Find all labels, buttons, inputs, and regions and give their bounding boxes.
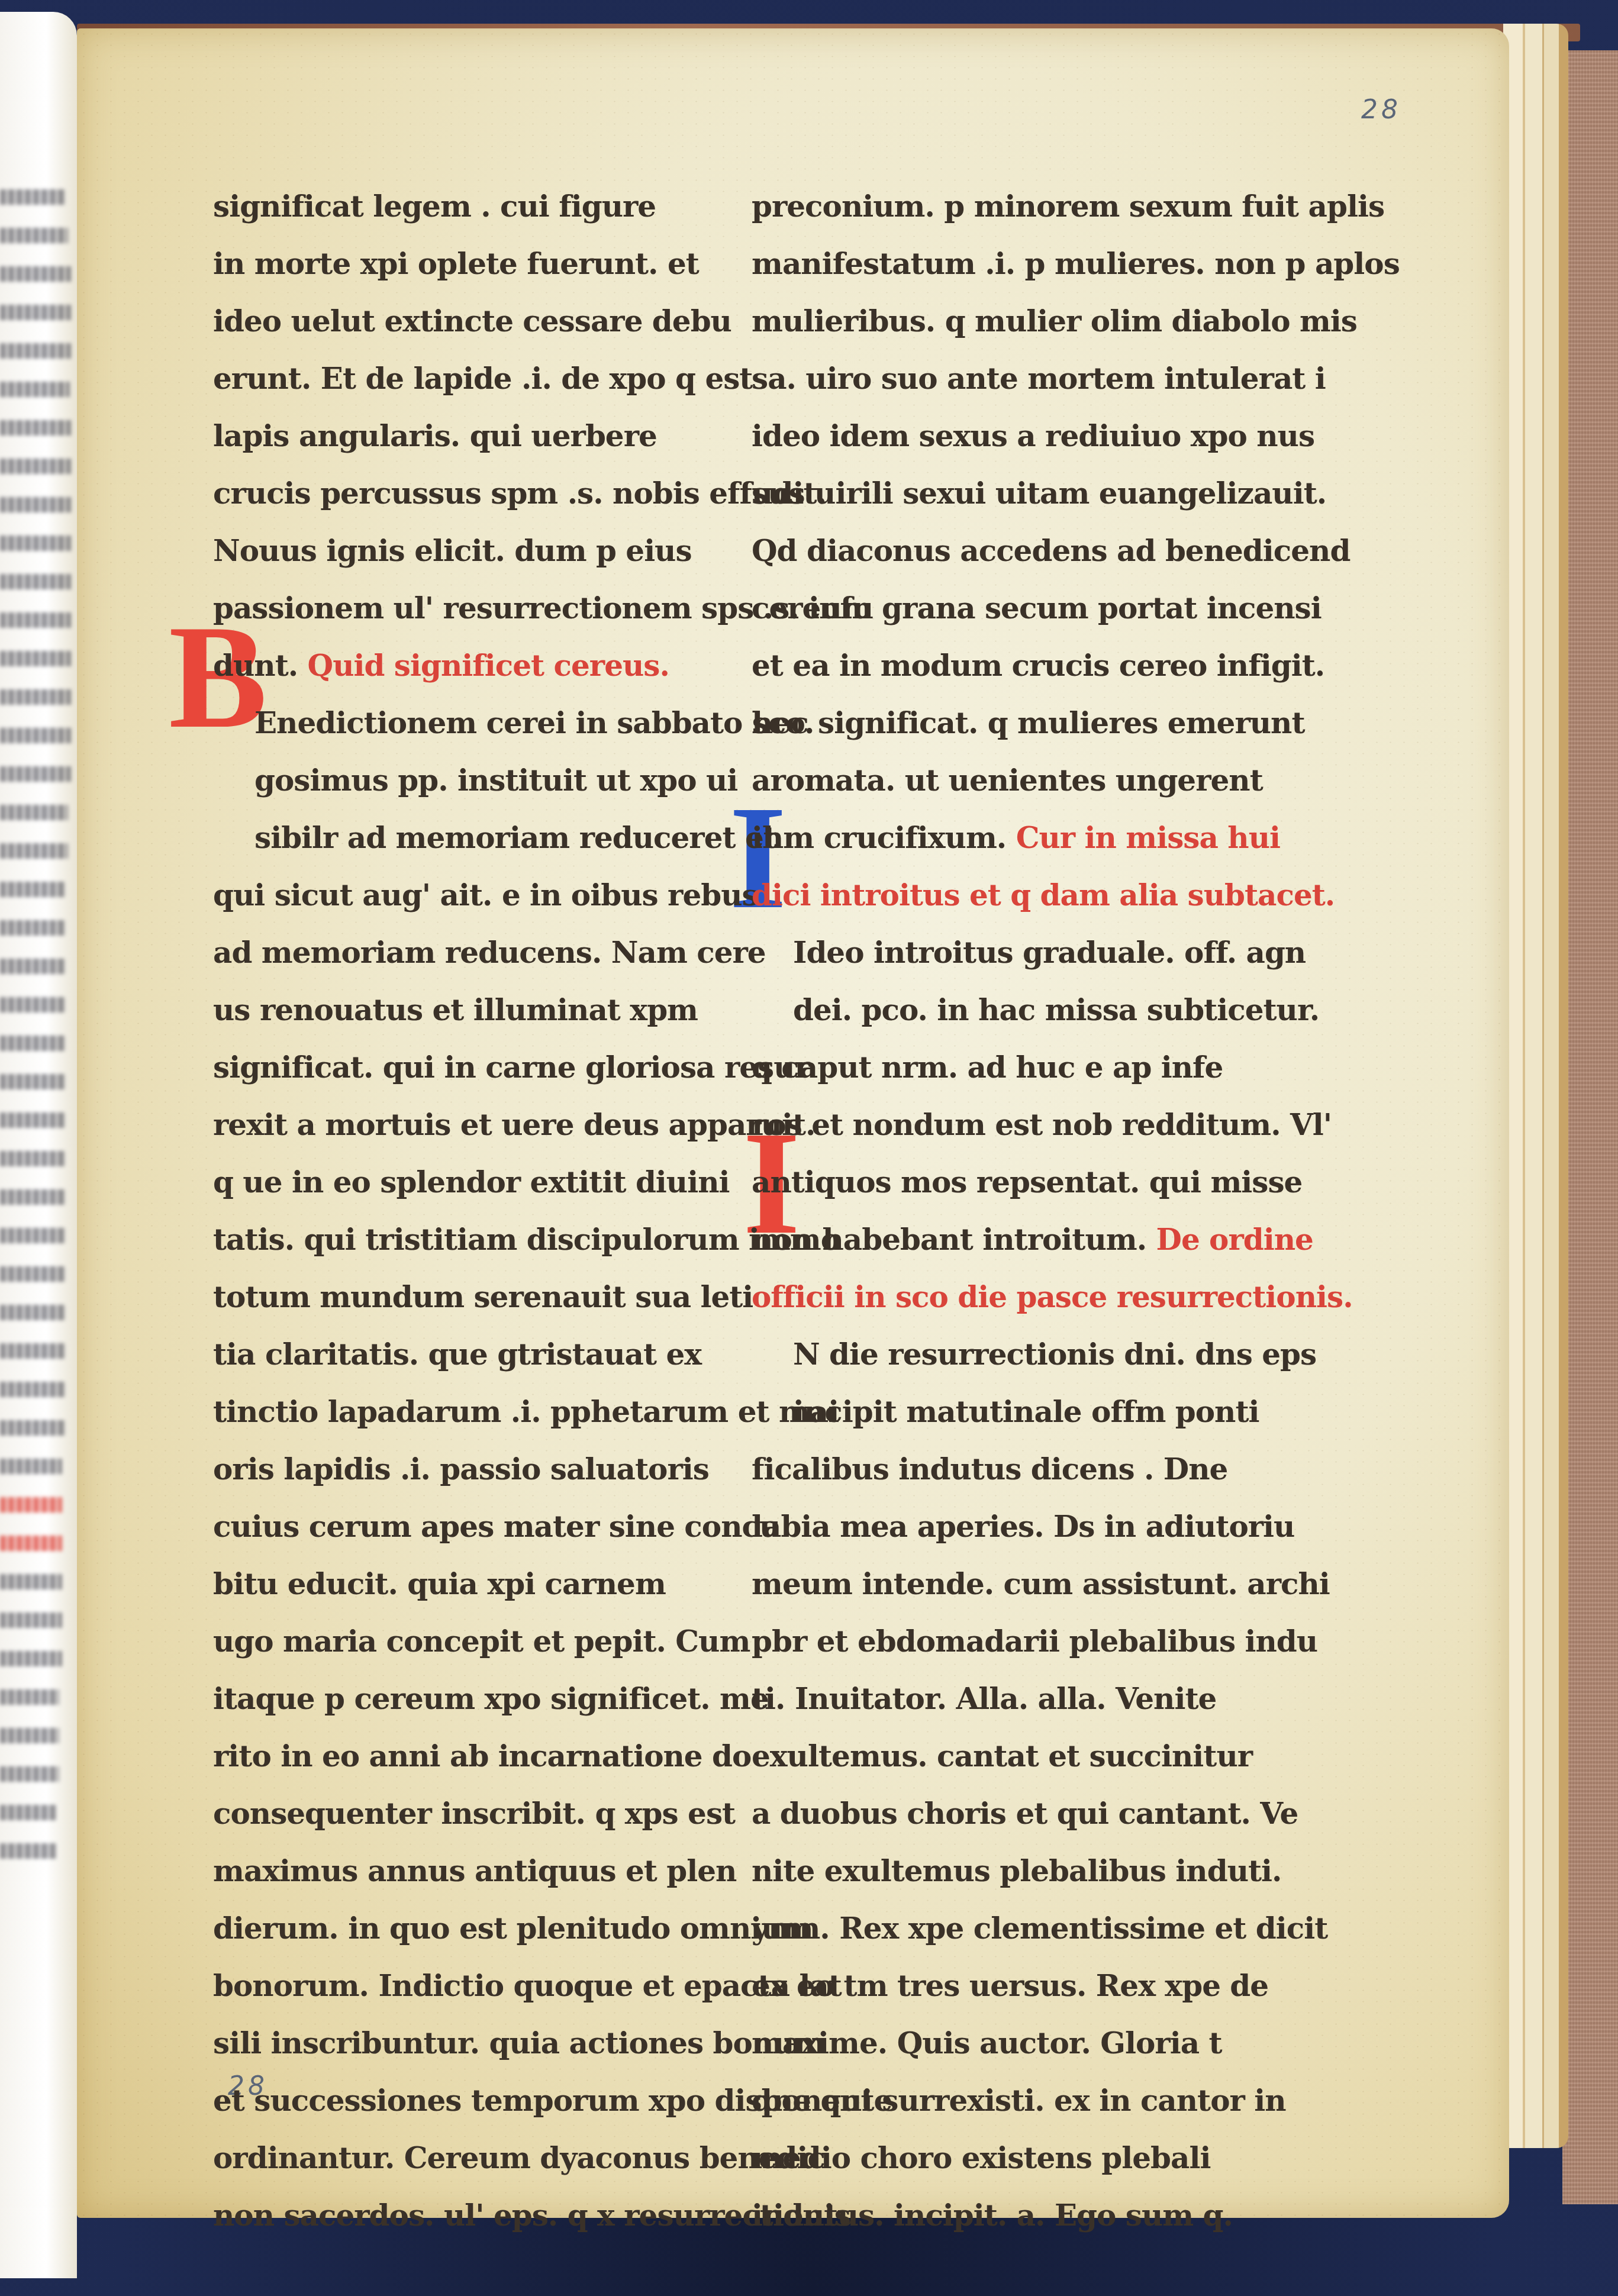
text-line: erunt. Et de lapide .i. de xpo q est	[213, 350, 734, 407]
text-line: Ideo introitus graduale. off. agn	[752, 924, 1296, 981]
text-line: gosimus pp. instituit ut xpo ui	[213, 752, 734, 809]
text-line: non sacerdos. ul' eps. q x resurrectioni…	[213, 2187, 734, 2244]
text-line: hec significat. q mulieres emerunt	[752, 694, 1296, 752]
text-line: a duobus choris et qui cantant. Ve	[752, 1785, 1296, 1842]
text-line: et successiones temporum xpo disponente	[213, 2072, 734, 2129]
text-line: ideo uelut extincte cessare debu	[213, 292, 734, 350]
text-line: nite exultemus plebalibus induti.	[752, 1842, 1296, 1900]
text-line: mulieribus. q mulier olim diabolo mis	[752, 292, 1296, 350]
text-fragment: dunt.	[213, 648, 298, 683]
text-line: ficalibus indutus dicens . Dne	[752, 1440, 1296, 1498]
text-line: significat legem . cui figure	[213, 178, 734, 235]
text-line-with-rubric: dunt. Quid significet cereus.	[213, 637, 734, 694]
text-line: sa. uiro suo ante mortem intulerat i	[752, 350, 1296, 407]
text-line: N die resurrectionis dni. dns eps	[752, 1326, 1296, 1383]
text-column-right: preconium. p minorem sexum fuit aplis ma…	[752, 178, 1296, 2244]
rubric-heading-continued: dici introitus et q dam alia subtacet.	[752, 866, 1296, 924]
text-line: incipit matutinale offm ponti	[752, 1383, 1296, 1440]
text-line: q caput nrm. ad huc e ap infe	[752, 1039, 1296, 1096]
text-line-with-rubric: non habebant introitum. De ordine	[752, 1211, 1296, 1268]
text-fragment: non habebant introitum.	[752, 1222, 1146, 1257]
text-line: in morte xpi oplete fuerunt. et	[213, 235, 734, 292]
text-line: indutus. incipit. a. Ego sum q.	[752, 2187, 1296, 2244]
text-line: significat. qui in carne gloriosa resur	[213, 1039, 734, 1096]
text-fragment: ihm crucifixum.	[752, 820, 1006, 855]
text-line: ordinantur. Cereum dyaconus benedic	[213, 2129, 734, 2187]
text-line: lapis angularis. qui uerbere	[213, 407, 734, 465]
text-line: exultemus. cantat et succinitur	[752, 1727, 1296, 1785]
text-column-left: significat legem . cui figure in morte x…	[213, 178, 734, 2244]
text-line: q ue in eo splendor extitit diuini	[213, 1153, 734, 1211]
text-line: preconium. p minorem sexum fuit aplis	[752, 178, 1296, 235]
text-line: ideo idem sexus a rediuiuo xpo nus	[752, 407, 1296, 465]
text-line: dierum. in quo est plenitudo omnium	[213, 1900, 734, 1957]
text-line: us renouatus et illuminat xpm	[213, 981, 734, 1039]
rubric-heading: Quid significet cereus.	[308, 648, 669, 683]
binding-cloth-spine	[1562, 50, 1618, 2204]
text-line: totum mundum serenauit sua leti	[213, 1268, 734, 1326]
text-line: bonorum. Indictio quoque et epacta lat	[213, 1957, 734, 2014]
text-line: cuius cerum apes mater sine concu	[213, 1498, 734, 1555]
text-line: ex eo tm tres uersus. Rex xpe de	[752, 1957, 1296, 2014]
text-line: Enedictionem cerei in sabbato sco.	[213, 694, 734, 752]
text-line: rexit a mortuis et uere deus apparuit.	[213, 1096, 734, 1153]
text-line: manifestatum .i. p mulieres. non p aplos	[752, 235, 1296, 292]
text-line-with-rubric: ihm crucifixum. Cur in missa hui	[752, 809, 1296, 866]
text-line: ad memoriam reducens. Nam cere	[213, 924, 734, 981]
text-line: tinctio lapadarum .i. pphetarum et mai	[213, 1383, 734, 1440]
text-line: oris lapidis .i. passio saluatoris	[213, 1440, 734, 1498]
text-line: Qd diaconus accedens ad benedicend	[752, 522, 1296, 579]
text-line: consequenter inscribit. q xps est	[213, 1785, 734, 1842]
text-line: tia claritatis. que gtristauat ex	[213, 1326, 734, 1383]
text-line: antiquos mos repsentat. qui misse	[752, 1153, 1296, 1211]
text-line: crucis percussus spm .s. nobis effudit.	[213, 465, 734, 522]
text-line: ros et nondum est nob redditum. Vl'	[752, 1096, 1296, 1153]
text-line: Nouus ignis elicit. dum p eius	[213, 522, 734, 579]
text-line: dei. pco. in hac missa subticetur.	[752, 981, 1296, 1039]
text-line: sus uirili sexui uitam euangelizauit.	[752, 465, 1296, 522]
text-line: bitu educit. quia xpi carnem	[213, 1555, 734, 1613]
rubric-heading-continued: officii in sco die pasce resurrectionis.	[752, 1268, 1296, 1326]
text-line: et ea in modum crucis cereo infigit.	[752, 637, 1296, 694]
rubric-heading: De ordine	[1156, 1222, 1313, 1257]
text-line: dne qui surrexisti. ex in cantor in	[752, 2072, 1296, 2129]
text-line: passionem ul' resurrectionem sps .s. inf…	[213, 579, 734, 637]
folio-number-top: 28	[1361, 95, 1401, 125]
text-line: aromata. ut uenientes ungerent	[752, 752, 1296, 809]
text-line: qui sicut aug' ait. e in oibus rebus	[213, 866, 734, 924]
text-line: sibilr ad memoriam reduceret et	[213, 809, 734, 866]
text-line: cereum grana secum portat incensi	[752, 579, 1296, 637]
text-line: ti. Inuitator. Alla. alla. Venite	[752, 1670, 1296, 1727]
text-line: meum intende. cum assistunt. archi	[752, 1555, 1296, 1613]
text-line: sili inscribuntur. quia actiones bonum	[213, 2014, 734, 2072]
text-line: maximus annus antiquus et plen	[213, 1842, 734, 1900]
text-line: rito in eo anni ab incarnatione do	[213, 1727, 734, 1785]
text-line: itaque p cereum xpo significet. me	[213, 1670, 734, 1727]
text-line: medio choro existens plebali	[752, 2129, 1296, 2187]
text-line: ymn. Rex xpe clementissime et dicit	[752, 1900, 1296, 1957]
rubric-heading: Cur in missa hui	[1016, 820, 1280, 855]
text-line: labia mea aperies. Ds in adiutoriu	[752, 1498, 1296, 1555]
facing-verso-page	[0, 12, 77, 2278]
text-line: tatis. qui tristitiam discipulorum immo	[213, 1211, 734, 1268]
page-edges-stack	[1503, 24, 1568, 2148]
text-line: maxime. Quis auctor. Gloria t	[752, 2014, 1296, 2072]
text-line: pbr et ebdomadarii plebalibus indu	[752, 1613, 1296, 1670]
text-line: ugo maria concepit et pepit. Cum	[213, 1613, 734, 1670]
